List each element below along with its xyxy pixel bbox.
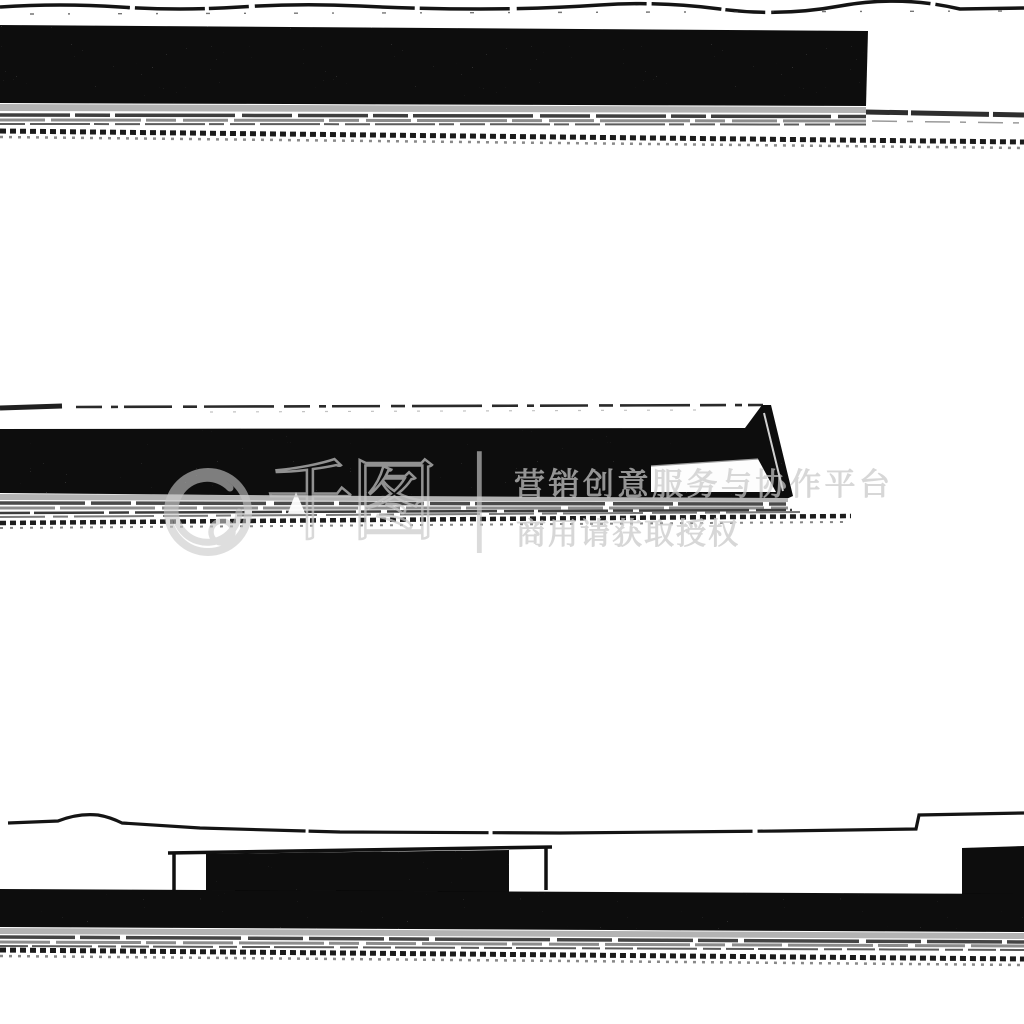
top-blade bbox=[0, 1, 1024, 148]
middle-blade-far-edge-dashed bbox=[76, 405, 763, 407]
middle-blade-far-edge-echo bbox=[210, 410, 700, 412]
end-block bbox=[962, 846, 1024, 896]
scan-line-top-echo bbox=[30, 11, 1010, 14]
middle-blade-far-edge-solid bbox=[0, 406, 62, 408]
bottom-rail bbox=[0, 813, 1024, 965]
top-blade-right-extension bbox=[866, 112, 1024, 115]
top-blade-edge-streak-3 bbox=[0, 124, 866, 125]
scan-line-top bbox=[0, 1, 1024, 12]
scanned-illustration-page: 千图 | 营销创意服务与协作平台 商用请获取授权 bbox=[0, 0, 1024, 1024]
middle-blade-edge-streak-1 bbox=[0, 503, 786, 504]
middle-blade bbox=[0, 405, 851, 528]
top-blade-edge-streak-1 bbox=[0, 115, 866, 117]
blade-artwork bbox=[0, 0, 1024, 1024]
bottom-rail-bar bbox=[0, 889, 1024, 932]
top-blade-edge-streak-2 bbox=[0, 120, 866, 121]
top-blade-face bbox=[0, 25, 868, 106]
middle-blade-graduation-underrow bbox=[0, 522, 845, 528]
cursor-slider bbox=[168, 847, 552, 894]
cursor-block bbox=[206, 850, 509, 894]
top-blade-graduation-dashes bbox=[0, 131, 1024, 142]
bottom-rail-outline-top bbox=[8, 813, 1024, 833]
top-blade-right-extension-faint bbox=[872, 121, 1024, 123]
